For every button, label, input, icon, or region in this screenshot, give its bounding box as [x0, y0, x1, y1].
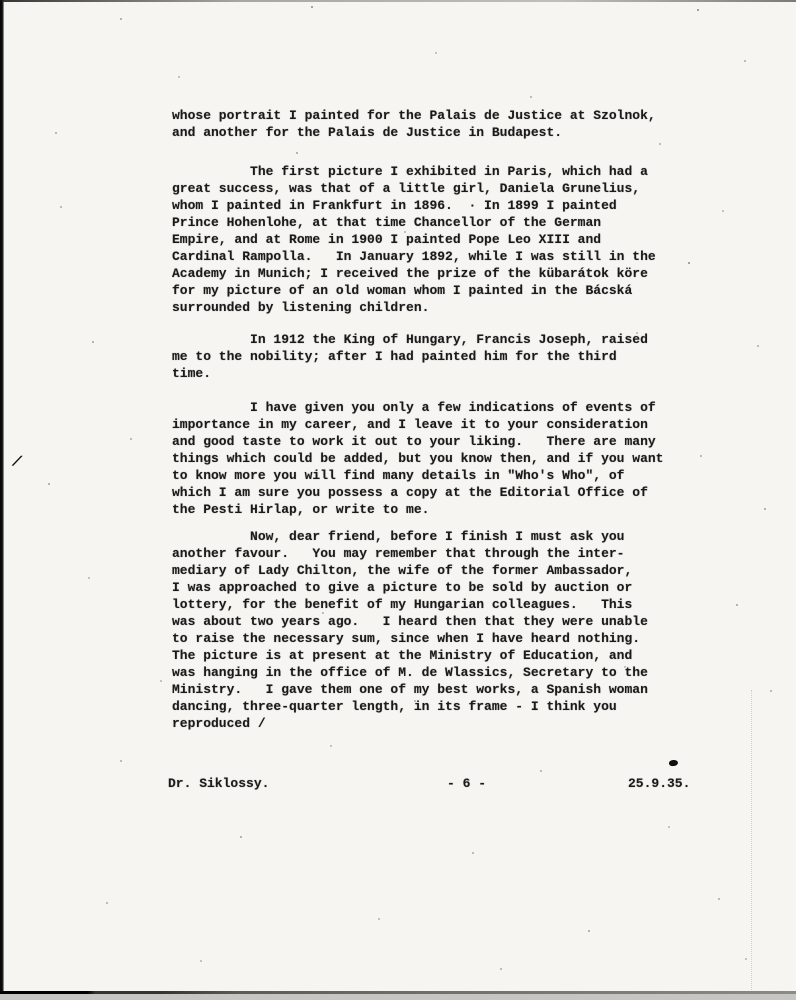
scan-edge-bottom-strip [0, 994, 796, 1000]
scan-edge-top [0, 0, 796, 2]
footer-addressee: Dr. Siklossy. [168, 775, 269, 792]
paragraph-2: The first picture I exhibited in Paris, … [172, 163, 677, 316]
paragraph-1: whose portrait I painted for the Palais … [172, 107, 677, 141]
letter-body: whose portrait I painted for the Palais … [172, 107, 677, 732]
ink-blot [669, 759, 679, 766]
paragraph-5: Now, dear friend, before I finish I must… [172, 528, 677, 732]
scan-noise-speckles [0, 0, 2, 2]
footer-page-number: - 6 - [447, 775, 486, 792]
footer-date: 25.9.35. [628, 775, 690, 792]
margin-check-mark: / [9, 454, 23, 472]
scanned-letter-page: / whose portrait I painted for the Palai… [0, 0, 796, 1000]
paper-fold-line [751, 690, 752, 990]
paragraph-4: I have given you only a few indications … [172, 399, 677, 518]
paragraph-3: In 1912 the King of Hungary, Francis Jos… [172, 331, 677, 382]
scan-edge-left [0, 0, 4, 995]
